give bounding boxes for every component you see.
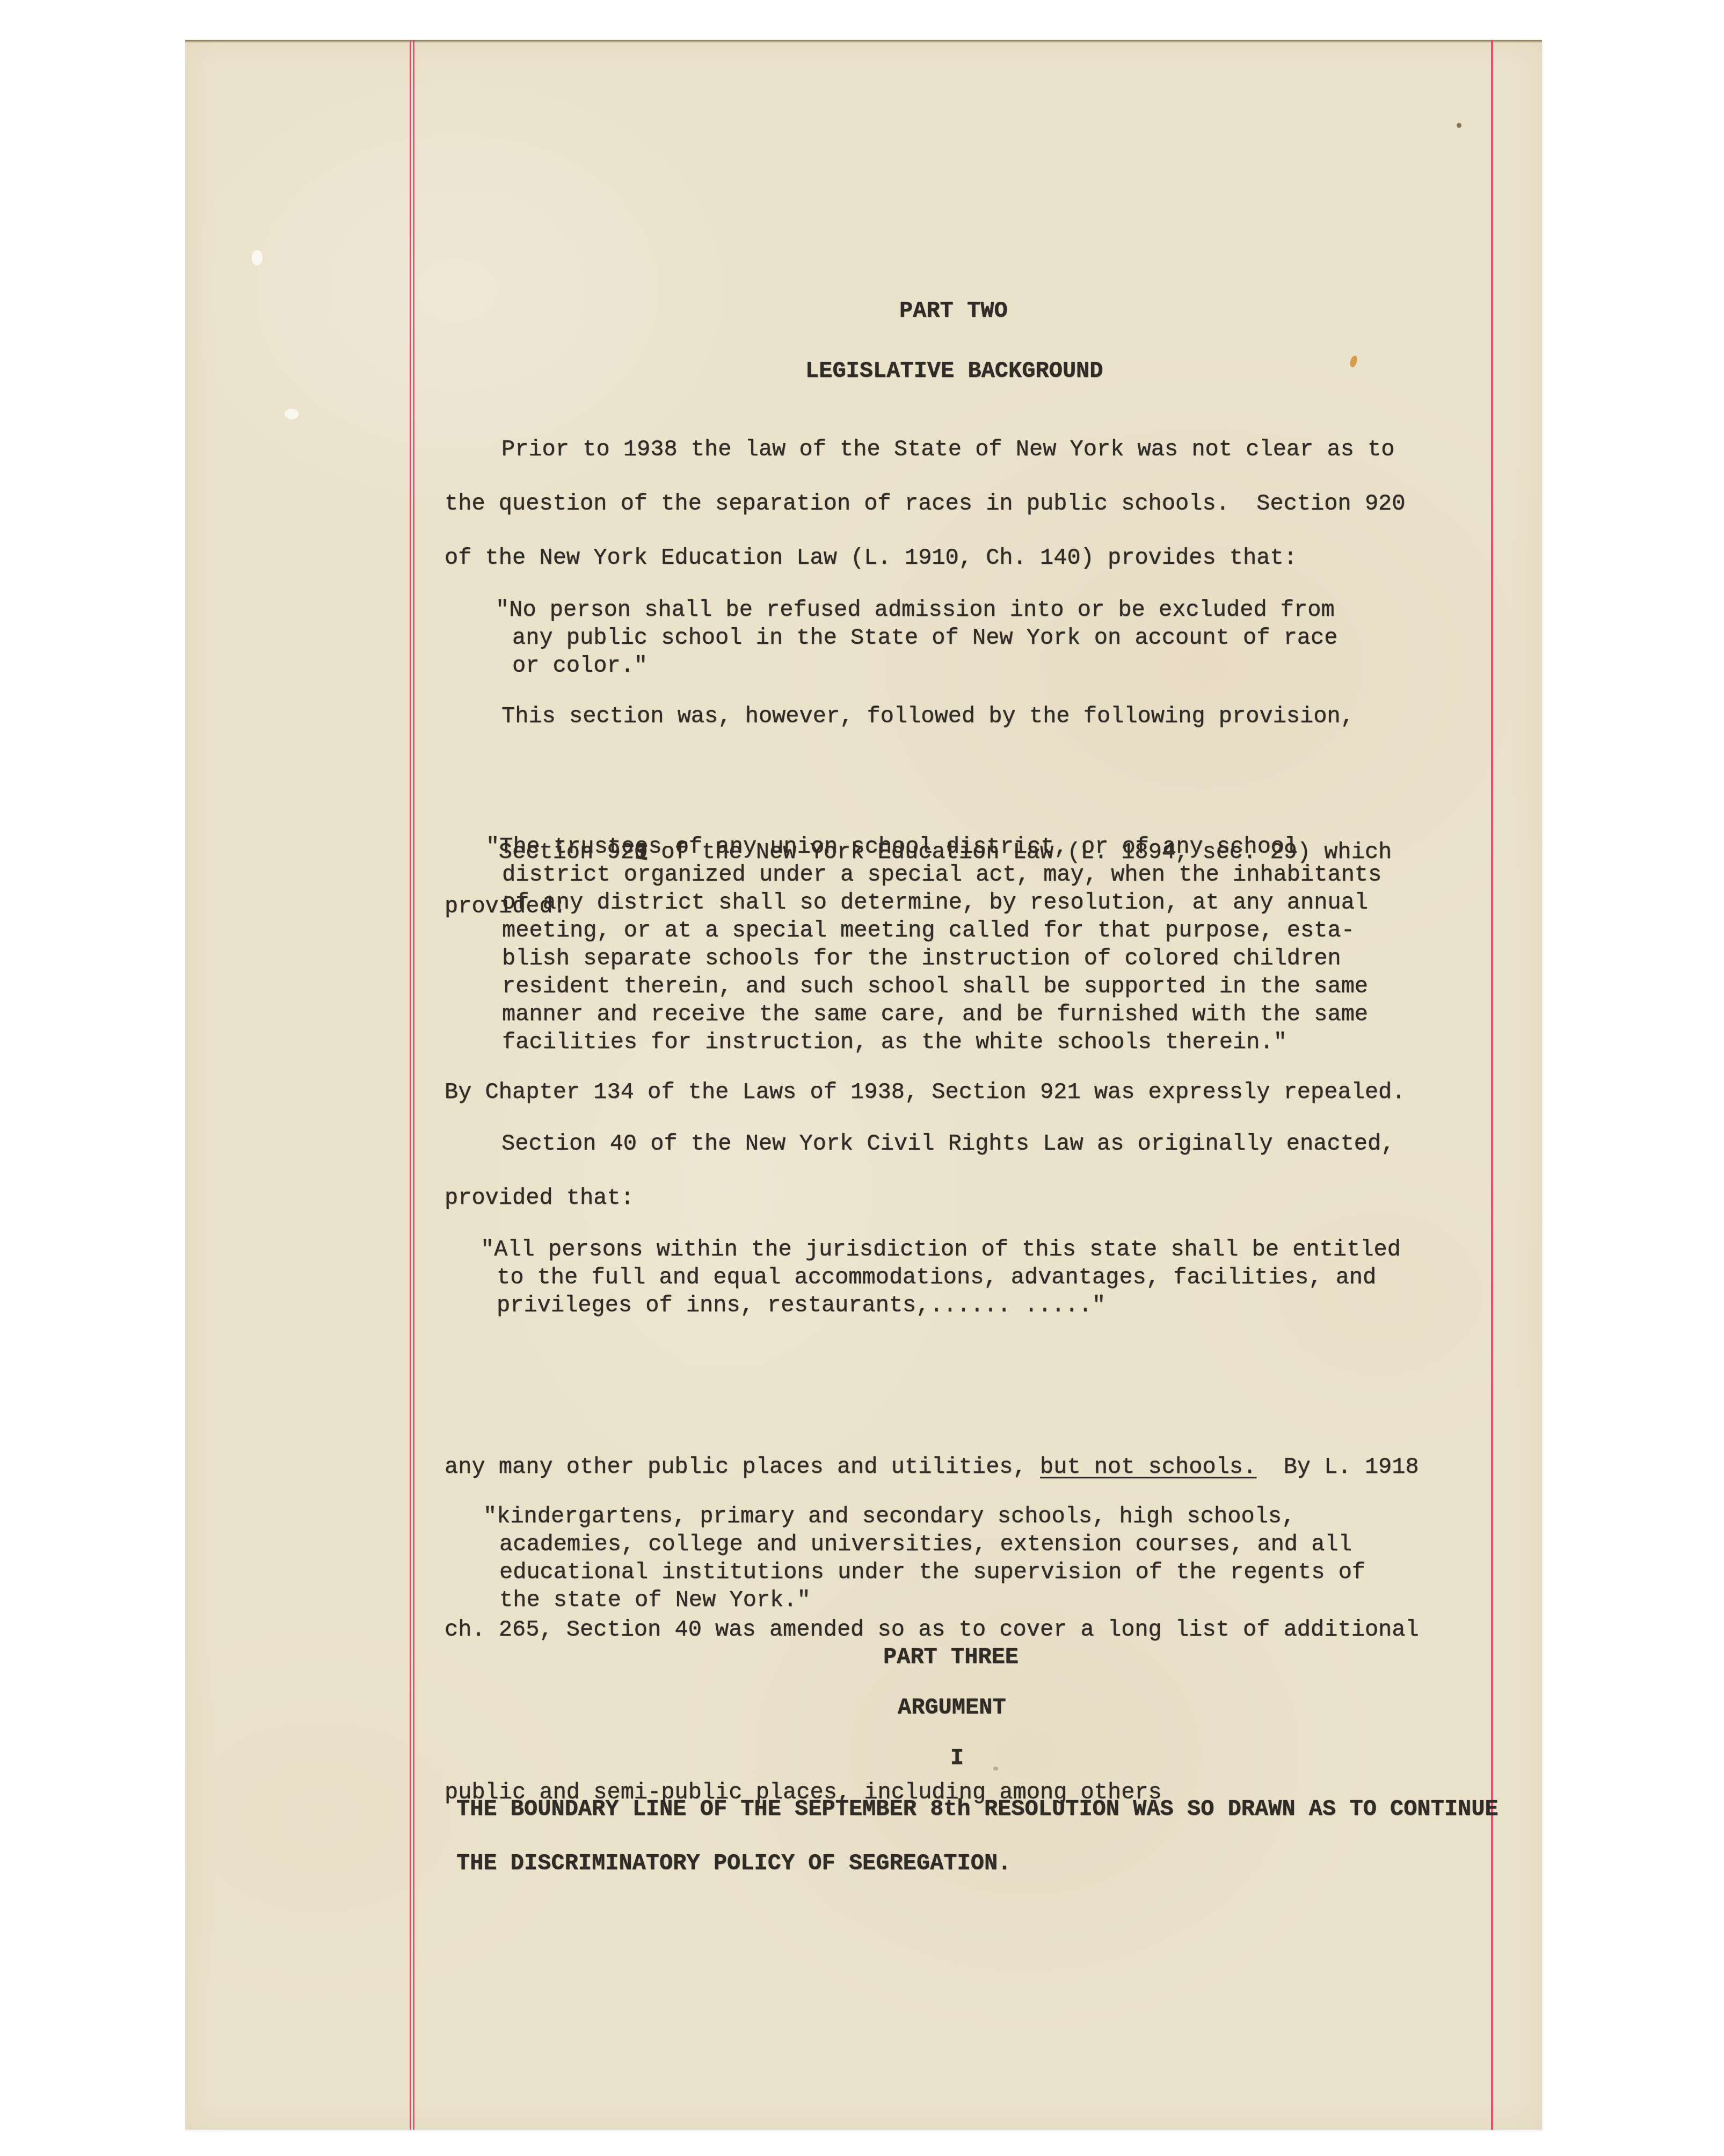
underlined-but-not-schools: but not schools. bbox=[1040, 1454, 1256, 1480]
quote-no-person: "No person shall be refused admission in… bbox=[512, 596, 1452, 680]
paragraph-section-40: Section 40 of the New York Civil Rights … bbox=[445, 1117, 1465, 1225]
scanned-document-canvas: { "meta": { "colors": { "background": "#… bbox=[0, 0, 1724, 2156]
heading-part-three: PART THREE bbox=[883, 1643, 1019, 1671]
heading-argument: ARGUMENT bbox=[898, 1694, 1006, 1722]
paragraph-boundary-line-argument: THE BOUNDARY LINE OF THE SEPTEMBER 8th R… bbox=[456, 1782, 1530, 1891]
heading-numeral-one: I bbox=[950, 1744, 964, 1772]
heading-legislative-background: LEGISLATIVE BACKGROUND bbox=[805, 357, 1103, 385]
quote-trustees: "The trustees of any union school distri… bbox=[502, 833, 1458, 1056]
line-any-many-prefix: any many other public places and utiliti… bbox=[445, 1454, 1040, 1480]
paragraph-prior-to-1938: Prior to 1938 the law of the State of Ne… bbox=[445, 423, 1465, 585]
paragraph-by-chapter-134: By Chapter 134 of the Laws of 1938, Sect… bbox=[445, 1065, 1492, 1120]
typewritten-text-layer: PART TWO LEGISLATIVE BACKGROUND Prior to… bbox=[0, 0, 1724, 2156]
paragraph-this-section: This section was, however, followed by t… bbox=[445, 689, 1465, 744]
line-any-many: any many other public places and utiliti… bbox=[445, 1440, 1508, 1494]
quote-kindergartens: "kindergartens, primary and secondary sc… bbox=[499, 1502, 1455, 1614]
heading-part-two: PART TWO bbox=[899, 297, 1008, 325]
line-any-many-suffix: By L. 1918 bbox=[1256, 1454, 1419, 1480]
quote-all-persons: "All persons within the jurisdiction of … bbox=[497, 1236, 1474, 1319]
